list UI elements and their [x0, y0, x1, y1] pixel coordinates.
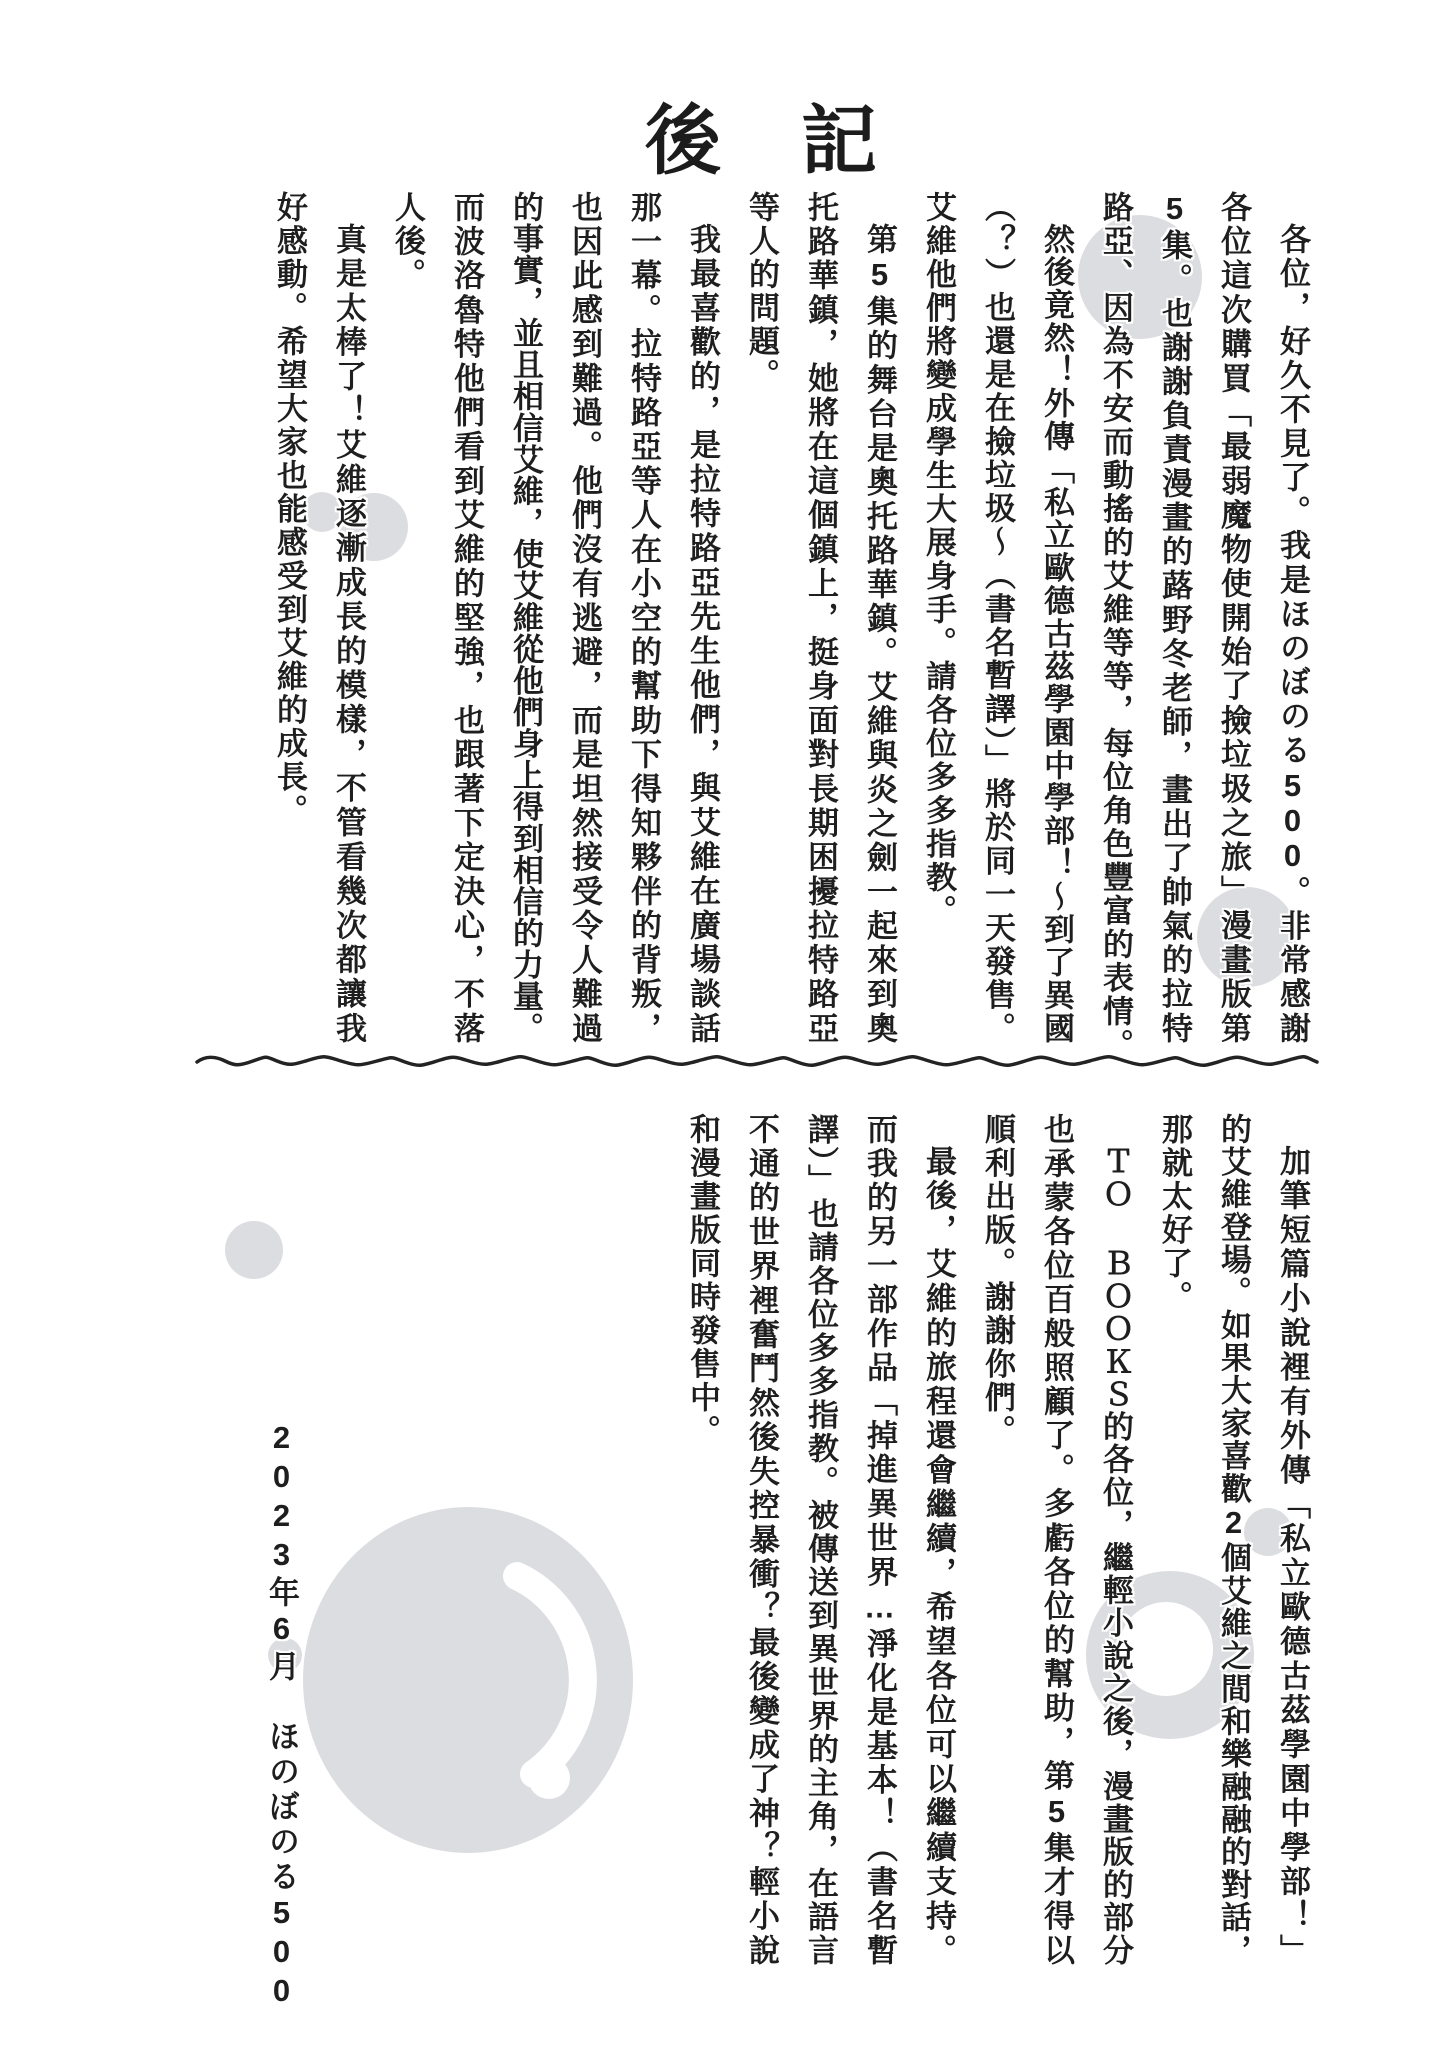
afterword-line: 然後竟然！外傳「私立歐德古茲學園中學部！～到了異國 — [1027, 191, 1086, 1043]
afterword-line: 那就太好了。 — [1145, 1113, 1204, 1965]
wavy-divider — [195, 1052, 1321, 1070]
afterword-line: （？）也還是在撿垃圾～（書名暫譯）」將於同一天發售。 — [968, 191, 1027, 1043]
signoff-date: 2023年6月 ほのぼのる500 — [258, 1420, 304, 2012]
afterword-line: 我最喜歡的，是拉特路亞先生他們，與艾維在廣場談話 — [673, 191, 732, 1043]
afterword-line: 好感動。希望大家也能感受到艾維的成長。 — [260, 191, 319, 1043]
afterword-line: 各位這次購買「最弱魔物使開始了撿垃圾之旅」漫畫版第 — [1204, 191, 1263, 1043]
bubble-shine-arc — [303, 1507, 633, 1853]
afterword-line: 不通的世界裡奮鬥然後失控暴衝？最後變成了神？輕小說 — [732, 1113, 791, 1965]
afterword-line: 譯）」也請各位多多指教。被傳送到異世界的主角，在語言 — [791, 1113, 850, 1965]
page-title: 後 記 — [645, 80, 879, 189]
afterword-page: 後 記 各位，好久不見了。我是ほのぼのる500。非常感謝各位這次購買「最弱魔物使… — [0, 0, 1440, 2048]
afterword-line: 真是太棒了！艾維逐漸成長的模樣，不管看幾次都讓我 — [319, 191, 378, 1043]
afterword-line: 人後。 — [378, 191, 437, 1043]
afterword-line: 的事實，並且相信艾維，使艾維從他們身上得到相信的力量。 — [496, 191, 555, 1043]
afterword-line: 也承蒙各位百般照顧了。多虧各位的幫助，第5集才得以 — [1027, 1113, 1086, 1965]
afterword-line: 也因此感到難過。他們沒有逃避，而是坦然接受令人難過 — [555, 191, 614, 1043]
afterword-line: 那一幕。拉特路亞等人在小空的幫助下得知夥伴的背叛， — [614, 191, 673, 1043]
bubble-shine-dot — [528, 1757, 570, 1799]
afterword-line: 順利出版。謝謝你們。 — [968, 1113, 1027, 1965]
afterword-line: ＴＯ ＢＯＯＫＳ的各位，繼輕小說之後，漫畫版的部分 — [1086, 1113, 1145, 1965]
bubble-decoration — [225, 1221, 283, 1279]
afterword-upper-text: 各位，好久不見了。我是ほのぼのる500。非常感謝各位這次購買「最弱魔物使開始了撿… — [260, 191, 1322, 1043]
afterword-line: 艾維他們將變成學生大展身手。請各位多多指教。 — [909, 191, 968, 1043]
afterword-lower-text: 加筆短篇小說裡有外傳「私立歐德古茲學園中學部！」的艾維登場。如果大家喜歡2個艾維… — [673, 1113, 1322, 1965]
afterword-line: 而波洛魯特他們看到艾維的堅強，也跟著下定決心，不落 — [437, 191, 496, 1043]
afterword-line: 和漫畫版同時發售中。 — [673, 1113, 732, 1965]
afterword-line: 第5集的舞台是奧托路華鎮。艾維與炎之劍一起來到奧 — [850, 191, 909, 1043]
afterword-line: 等人的問題。 — [732, 191, 791, 1043]
afterword-line: 的艾維登場。如果大家喜歡2個艾維之間和樂融融的對話， — [1204, 1113, 1263, 1965]
afterword-line: 各位，好久不見了。我是ほのぼのる500。非常感謝 — [1263, 191, 1322, 1043]
afterword-line: 而我的另一部作品「掉進異世界…淨化是基本！（書名暫 — [850, 1113, 909, 1965]
afterword-line: 5集。也謝謝負責漫畫的蕗野冬老師，畫出了帥氣的拉特 — [1145, 191, 1204, 1043]
afterword-line: 托路華鎮，她將在這個鎮上，挺身面對長期困擾拉特路亞 — [791, 191, 850, 1043]
afterword-line: 最後，艾維的旅程還會繼續，希望各位可以繼續支持。 — [909, 1113, 968, 1965]
afterword-line: 加筆短篇小說裡有外傳「私立歐德古茲學園中學部！」 — [1263, 1113, 1322, 1965]
afterword-line: 路亞、因為不安而動搖的艾維等等，每位角色豐富的表情。 — [1086, 191, 1145, 1043]
